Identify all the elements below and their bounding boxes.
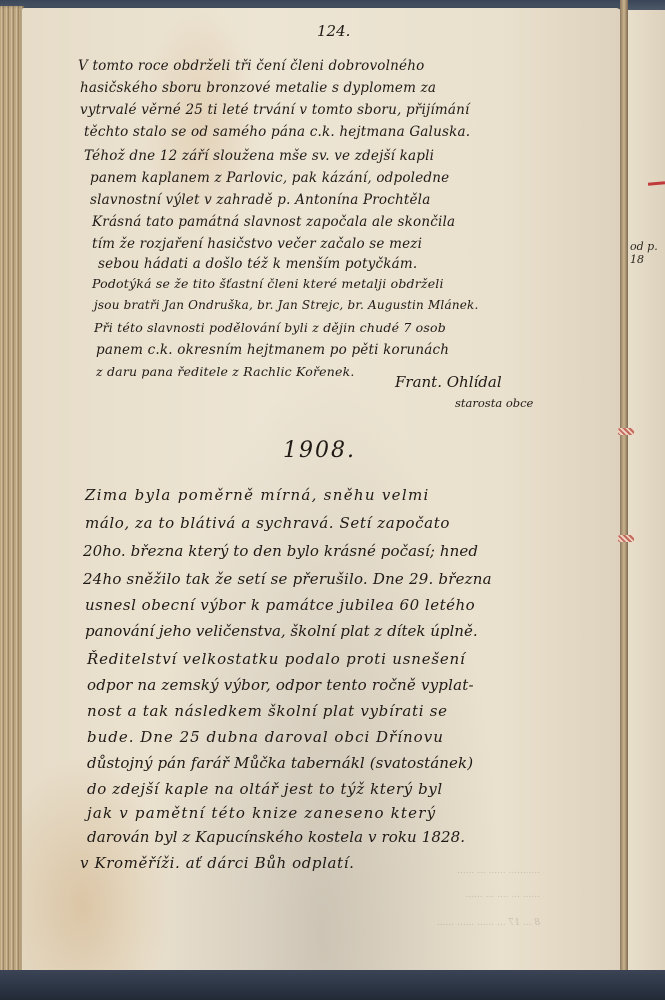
handwritten-line: hasičského sboru bronzové metalie s dypl… <box>80 80 436 96</box>
bleed-through-line: 8 ... 17 ... ...... ...... ...... <box>120 918 540 928</box>
bleed-through-line: ...... ... .... ... ...... <box>120 890 540 900</box>
signature-name: Frant. Ohlídal <box>395 373 502 391</box>
binding-stitch <box>618 535 634 542</box>
handwritten-line: Zima byla poměrně mírná, sněhu velmi <box>85 486 430 504</box>
handwritten-line: V tomto roce obdrželi tři čení členi dob… <box>78 58 424 74</box>
handwritten-line: 20ho. března který to den bylo krásné po… <box>83 542 478 560</box>
handwritten-line: panem c.k. okresním hejtmanem po pěti ko… <box>96 342 449 358</box>
handwritten-line: jsou bratři Jan Ondruška, br. Jan Strejc… <box>94 298 479 312</box>
margin-note: od p. 18 <box>630 240 665 266</box>
handwritten-line: usnesl obecní výbor k památce jubilea 60… <box>85 596 475 614</box>
handwritten-line: bude. Dne 25 dubna daroval obci Dřínovu <box>87 728 444 746</box>
page-number: 124. <box>317 22 350 40</box>
year-heading: 1908. <box>283 438 356 463</box>
handwritten-line: Téhož dne 12 září sloužena mše sv. ve zd… <box>84 148 434 164</box>
handwritten-line: nost a tak následkem školní plat vybírat… <box>87 702 448 720</box>
handwritten-line: 24ho sněžilo tak že setí se přerušilo. D… <box>83 570 492 588</box>
signature-title: starosta obce <box>455 396 533 410</box>
handwritten-line: jak v pamětní této knize zaneseno který <box>87 804 436 822</box>
handwritten-line: slavnostní výlet v zahradě p. Antonína P… <box>90 192 430 208</box>
handwritten-line: vytrvalé věrné 25 ti leté trvání v tomto… <box>80 102 470 118</box>
handwritten-line: Při této slavnosti podělování byli z děj… <box>94 320 446 335</box>
handwritten-line: panování jeho veličenstva, školní plat z… <box>85 622 478 640</box>
binding-gutter <box>620 0 628 985</box>
handwritten-line: Podotýká se že tito šťastní členi které … <box>92 276 444 291</box>
handwritten-line: těchto stalo se od samého pána c.k. hejt… <box>84 124 470 140</box>
handwritten-line: Krásná tato památná slavnost započala al… <box>92 214 455 230</box>
handwritten-line: Ředitelství velkostatku podalo proti usn… <box>87 650 466 668</box>
handwritten-line: darován byl z Kapucínského kostela v rok… <box>87 828 465 846</box>
backdrop-bottom <box>0 970 665 1000</box>
handwritten-line: panem kaplanem z Parlovic, pak kázání, o… <box>90 170 449 186</box>
binding-stitch <box>618 428 634 435</box>
handwritten-line: tím že rozjaření hasičstvo večer začalo … <box>92 236 422 252</box>
handwritten-line: odpor na zemský výbor, odpor tento ročně… <box>87 676 474 694</box>
handwritten-line: sebou hádati a došlo též k menším potyčk… <box>98 256 417 272</box>
next-page-edge <box>626 10 665 970</box>
page-edges <box>0 6 24 981</box>
handwritten-line: z daru pana ředitele z Rachlic Kořenek. <box>96 364 355 379</box>
handwritten-line: málo, za to blátivá a sychravá. Setí zap… <box>85 514 450 532</box>
handwritten-line: důstojný pán farář Můčka tabernákl (svat… <box>87 754 473 772</box>
handwritten-line: v Kroměříži. ať dárci Bůh odplatí. <box>80 854 354 872</box>
handwritten-line: do zdejší kaple na oltář jest to týž kte… <box>87 780 443 798</box>
